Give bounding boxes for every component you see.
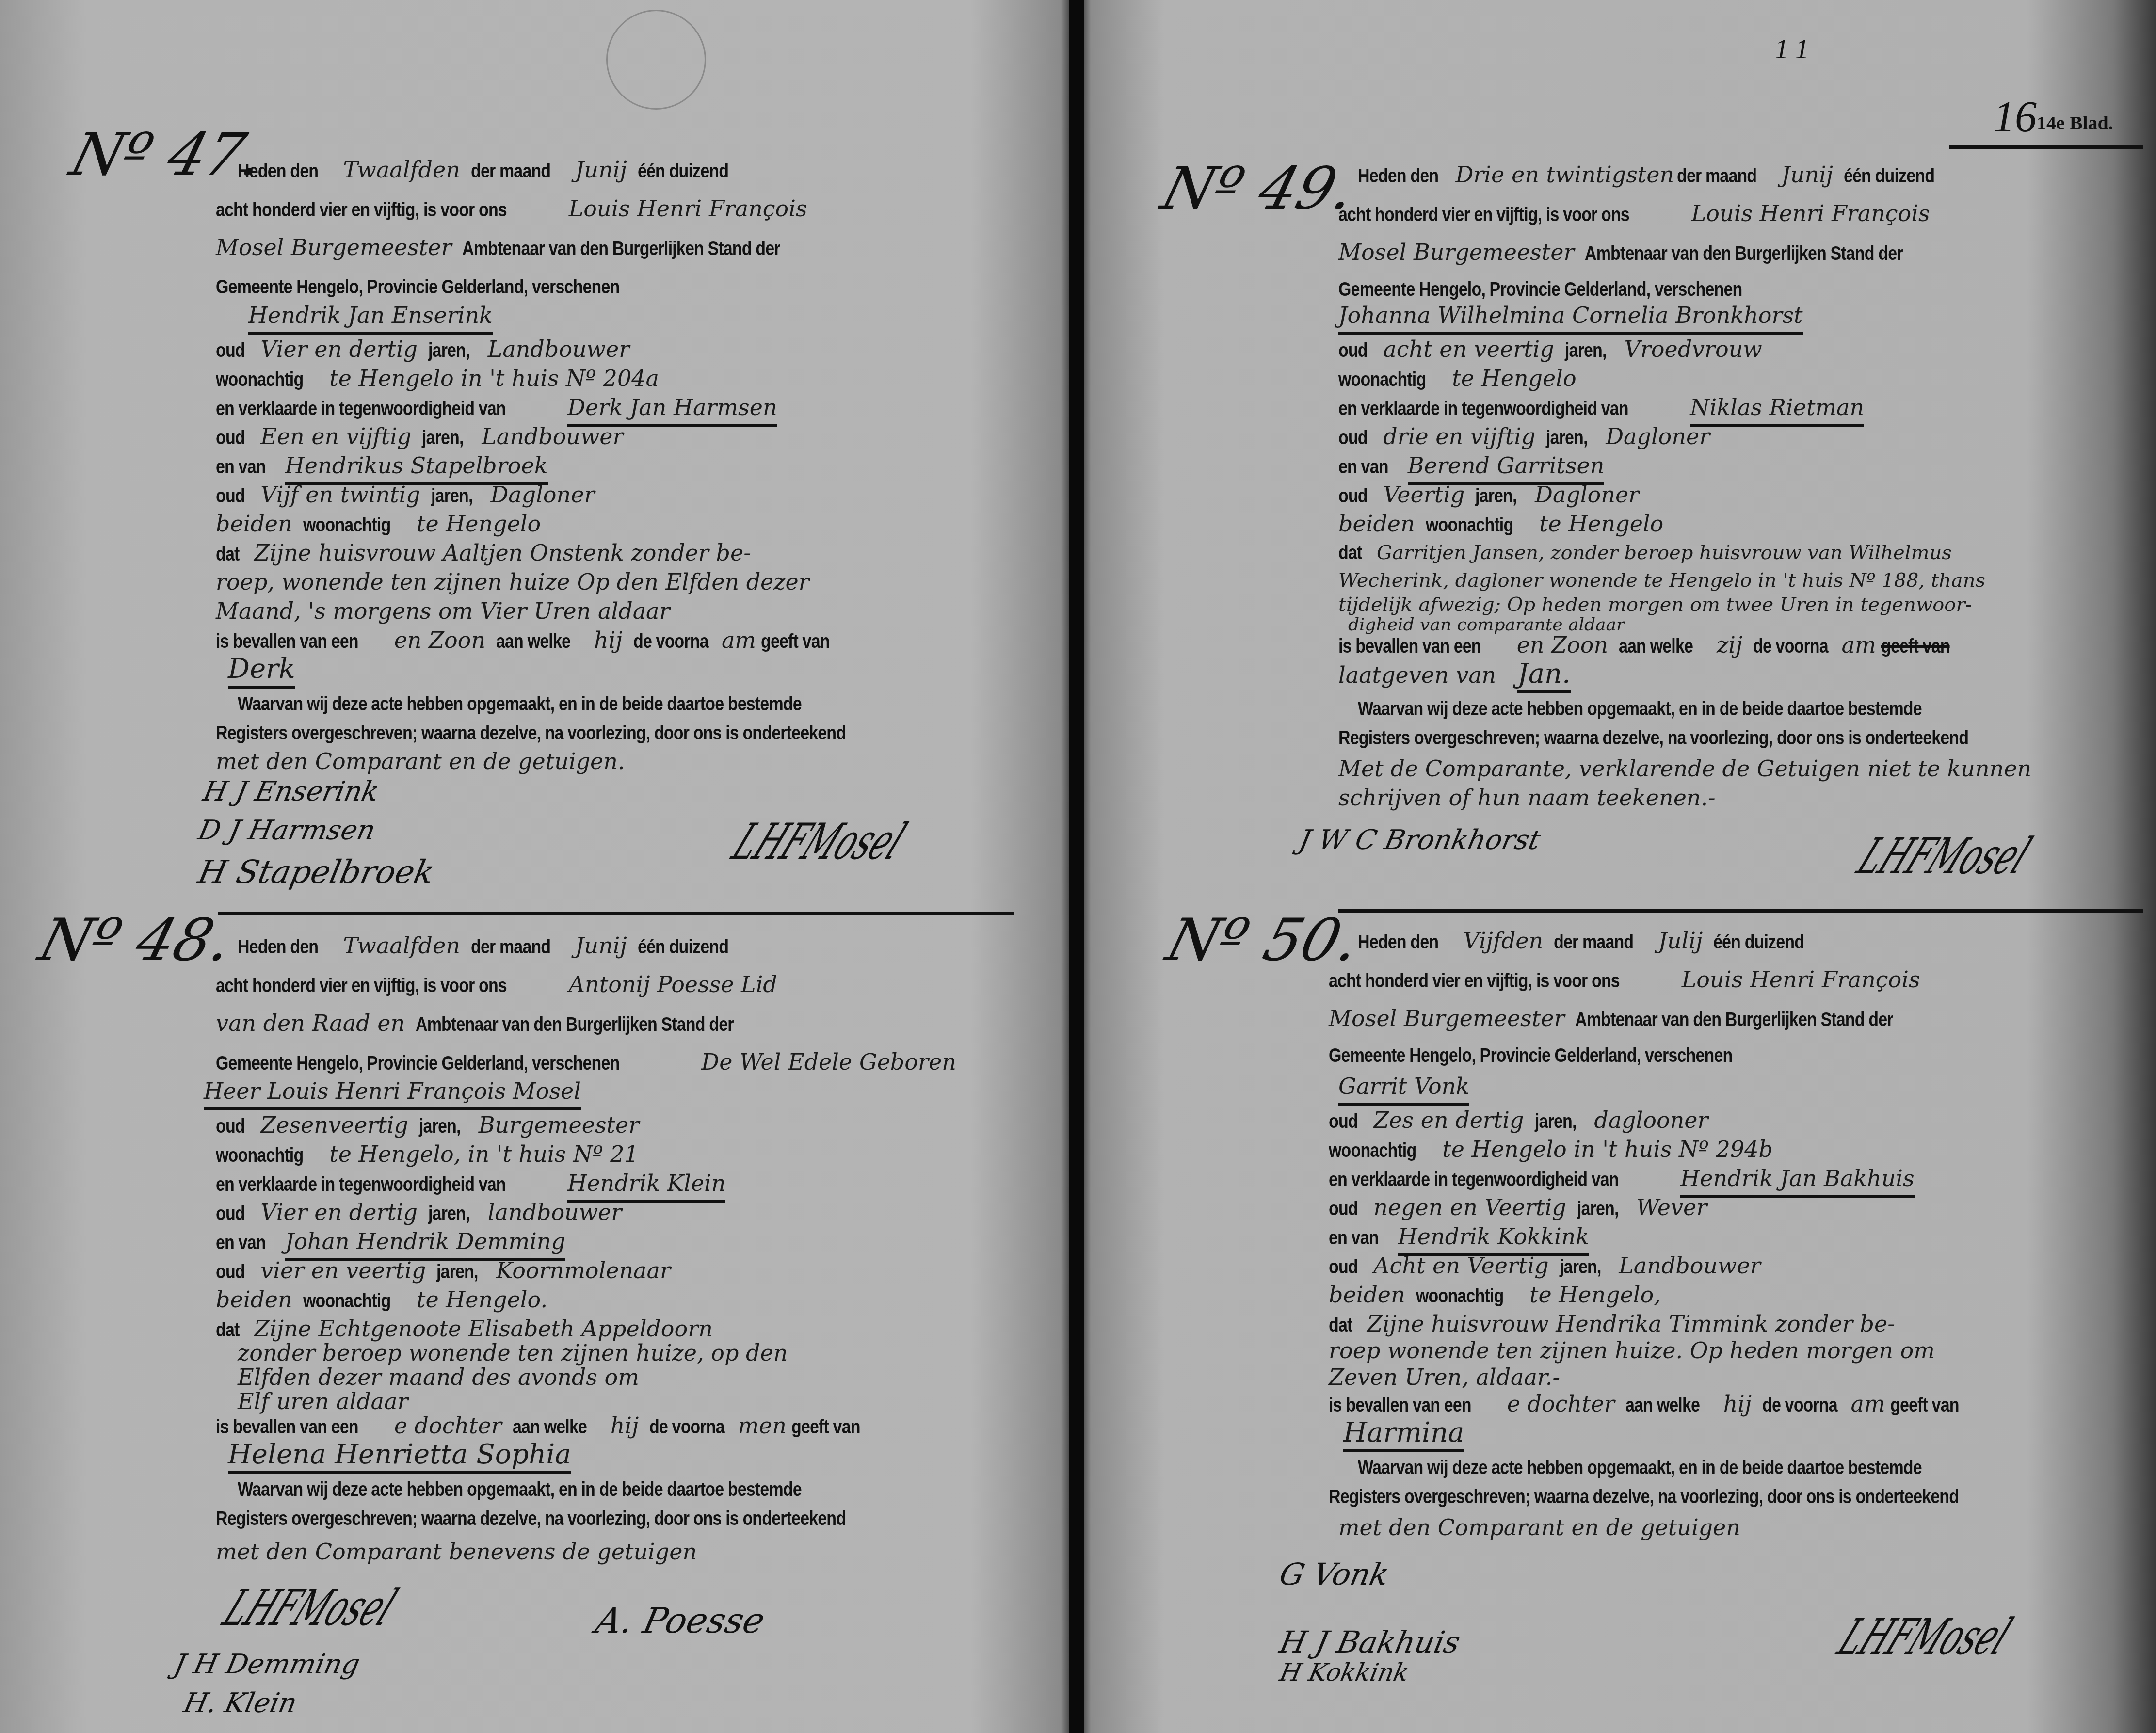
printed-en-van: en van bbox=[1329, 1223, 1379, 1252]
official-line1: Antonij Poesse Lid bbox=[569, 970, 777, 999]
witness2-occupation: Dagloner bbox=[1535, 480, 1639, 509]
printed-verklaarde: en verklaarde in tegenwoordigheid van bbox=[216, 1170, 506, 1199]
birth-line2: roep, wonende ten zijnen huize Op den El… bbox=[216, 567, 809, 596]
printed-jaren: jaren, bbox=[1535, 1107, 1577, 1136]
printed-jaren: jaren, bbox=[419, 1112, 461, 1141]
printed-waarvan: Waarvan wij deze acte hebben opgemaakt, … bbox=[238, 1475, 802, 1504]
printed-oud: oud bbox=[1338, 423, 1368, 452]
official-signature: LHFMosel bbox=[1849, 828, 2039, 885]
printed-heden-den: Heden den bbox=[238, 932, 318, 962]
witness1-age: Een en vijftig bbox=[260, 422, 411, 451]
printed-registers: Registers overgeschreven; waarna dezelve… bbox=[216, 719, 846, 748]
printed-der-maand: der maand bbox=[471, 157, 550, 186]
printed-jaren: jaren, bbox=[1475, 481, 1517, 511]
printed-der-maand: der maand bbox=[471, 932, 550, 962]
printed-heden-den: Heden den bbox=[1358, 928, 1438, 957]
signature-witness2: H Kokkink bbox=[1277, 1658, 1412, 1686]
witness2-age: Veertig bbox=[1383, 480, 1464, 509]
signature-declarant: H J Enserink bbox=[200, 776, 382, 807]
printed-woonachtig: woonachtig bbox=[303, 1286, 390, 1316]
printed-dat: dat bbox=[1338, 538, 1362, 567]
printed-oud: oud bbox=[1329, 1252, 1358, 1282]
printed-oud: oud bbox=[1338, 481, 1368, 511]
official-line1: Louis Henri François bbox=[569, 194, 807, 223]
witness2-age: Vijf en twintig bbox=[260, 480, 420, 509]
printed-gemeente: Gemeente Hengelo, Provincie Gelderland, … bbox=[216, 273, 619, 302]
printed-ambtenaar: Ambtenaar van den Burgerlijken Stand der bbox=[462, 234, 780, 263]
birth-line1: Zijne huisvrouw Aaltjen Onstenk zonder b… bbox=[254, 538, 751, 567]
entry-number: Nº 48. bbox=[32, 907, 240, 974]
birth-line3: Zeven Uren, aldaar.- bbox=[1329, 1363, 1560, 1392]
printed-oud: oud bbox=[216, 1257, 245, 1286]
voorna-suffix: am bbox=[722, 626, 756, 655]
printed-aan-welke: aan welke bbox=[513, 1412, 587, 1442]
voorna-suffix: am bbox=[1841, 630, 1876, 659]
printed-woonachtig: woonachtig bbox=[1338, 365, 1426, 394]
printed-jaren: jaren, bbox=[422, 423, 464, 452]
official-line1: Louis Henri François bbox=[1691, 199, 1930, 228]
closing-text: met den Comparant en de getuigen. bbox=[216, 747, 625, 776]
printed-een-duizend: één duizend bbox=[638, 932, 728, 962]
entry-50: Nº 50. Heden denVijfdender maandJulijéén… bbox=[1086, 912, 2156, 1733]
printed-woonachtig: woonachtig bbox=[1416, 1282, 1503, 1311]
witness1-occupation: Wever bbox=[1636, 1193, 1707, 1222]
beiden: beiden bbox=[1329, 1280, 1405, 1309]
printed-waarvan: Waarvan wij deze acte hebben opgemaakt, … bbox=[1358, 694, 1922, 723]
official-line1: Louis Henri François bbox=[1682, 965, 1920, 994]
pronoun: zij bbox=[1717, 630, 1742, 659]
printed-en-van: en van bbox=[216, 1228, 266, 1257]
printed-dat: dat bbox=[216, 1316, 239, 1345]
signature-witness1: H. Klein bbox=[181, 1687, 300, 1719]
declarant-residence: te Hengelo in 't huis Nº 204a bbox=[329, 364, 659, 393]
printed-en-van: en van bbox=[1338, 452, 1388, 481]
printed-oud: oud bbox=[216, 1112, 245, 1141]
child-sex: en Zoon bbox=[1517, 630, 1608, 659]
witness2-occupation: Dagloner bbox=[490, 480, 595, 509]
declarant-name: Hendrik Jan Enserink bbox=[248, 301, 493, 335]
printed-waarvan: Waarvan wij deze acte hebben opgemaakt, … bbox=[238, 690, 802, 719]
printed-registers: Registers overgeschreven; waarna dezelve… bbox=[216, 1504, 846, 1533]
printed-year: acht honderd vier en vijftig, is voor on… bbox=[1338, 200, 1629, 229]
printed-year: acht honderd vier en vijftig, is voor on… bbox=[216, 195, 507, 225]
printed-een-duizend: één duizend bbox=[1844, 161, 1934, 191]
printed-geeft-van: geeft van bbox=[791, 1412, 860, 1442]
left-page: Nº 47. Heden denTwaalfdender maandJunijé… bbox=[0, 0, 1067, 1733]
printed-woonachtig: woonachtig bbox=[1426, 511, 1513, 540]
signature-witness2: H Stapelbroek bbox=[195, 853, 438, 891]
child-name: Jan. bbox=[1517, 659, 1571, 693]
printed-oud: oud bbox=[1329, 1107, 1358, 1136]
printed-jaren: jaren, bbox=[1546, 423, 1588, 452]
declarant-age: Vier en dertig bbox=[260, 335, 418, 364]
month: Julij bbox=[1658, 926, 1703, 955]
printed-bevallen: is bevallen van een bbox=[1329, 1391, 1471, 1420]
child-name: Harmina bbox=[1343, 1418, 1464, 1452]
declarant-residence: te Hengelo in 't huis Nº 294b bbox=[1442, 1135, 1773, 1164]
printed-gemeente: Gemeente Hengelo, Provincie Gelderland, … bbox=[1338, 275, 1742, 304]
declarant-occupation: Vroedvrouw bbox=[1625, 335, 1762, 364]
printed-oud: oud bbox=[216, 336, 245, 365]
printed-verklaarde: en verklaarde in tegenwoordigheid van bbox=[1329, 1165, 1619, 1194]
printed-oud: oud bbox=[1338, 336, 1368, 365]
child-sex: e dochter bbox=[1507, 1389, 1615, 1418]
official-line2: Mosel Burgemeester bbox=[1329, 1004, 1564, 1033]
signature-witness1: D J Harmsen bbox=[195, 815, 378, 846]
witness2-age: Acht en Veertig bbox=[1373, 1251, 1548, 1280]
birth-line1: Garritjen Jansen, zonder beroep huisvrou… bbox=[1377, 538, 1952, 567]
declarant-occupation: daglooner bbox=[1594, 1106, 1708, 1135]
official-signature: LHFMosel bbox=[724, 814, 914, 871]
declarant-age: acht en veertig bbox=[1383, 335, 1554, 364]
witness2-occupation: Landbouwer bbox=[1619, 1251, 1760, 1280]
book-gutter bbox=[1069, 0, 1084, 1733]
day: Vijfden bbox=[1463, 926, 1543, 955]
month: Junij bbox=[575, 931, 627, 960]
printed-oud: oud bbox=[1329, 1194, 1358, 1223]
entry-number: Nº 49. bbox=[1155, 155, 1362, 223]
register-spread: Nº 47. Heden denTwaalfdender maandJunijé… bbox=[0, 0, 2156, 1733]
printed-bevallen: is bevallen van een bbox=[216, 627, 358, 656]
printed-ambtenaar: Ambtenaar van den Burgerlijken Stand der bbox=[1585, 239, 1903, 268]
beiden: beiden bbox=[1338, 509, 1415, 538]
printed-waarvan: Waarvan wij deze acte hebben opgemaakt, … bbox=[1358, 1453, 1922, 1482]
printed-een-duizend: één duizend bbox=[1713, 928, 1804, 957]
printed-de-voorna: de voorna bbox=[1762, 1391, 1837, 1420]
closing-text: met den Comparant en de getuigen bbox=[1338, 1513, 1740, 1542]
day: Drie en twintigsten bbox=[1455, 160, 1674, 189]
closing-line2: schrijven of hun naam teekenen.- bbox=[1338, 783, 1716, 812]
entry-49: Nº 49. Heden denDrie en twintigstender m… bbox=[1086, 0, 2156, 912]
printed-een-duizend: één duizend bbox=[638, 157, 728, 186]
birth-line1: Zijne huisvrouw Hendrika Timmink zonder … bbox=[1367, 1309, 1895, 1338]
voorna-suffix: am bbox=[1851, 1389, 1885, 1418]
witness1-age: Vier en dertig bbox=[260, 1198, 418, 1227]
declarant-name: Johanna Wilhelmina Cornelia Bronkhorst bbox=[1338, 301, 1803, 335]
witnesses-residence: te Hengelo. bbox=[417, 1285, 547, 1314]
printed-gemeente: Gemeente Hengelo, Provincie Gelderland, … bbox=[216, 1049, 619, 1078]
birth-line3: Maand, 's morgens om Vier Uren aldaar bbox=[216, 596, 670, 626]
closing-line1: Met de Comparante, verklarende de Getuig… bbox=[1338, 754, 2031, 783]
printed-year: acht honderd vier en vijftig, is voor on… bbox=[216, 971, 507, 1000]
printed-ambtenaar: Ambtenaar van den Burgerlijken Stand der bbox=[416, 1010, 734, 1039]
day: Twaalfden bbox=[343, 155, 460, 184]
declarant-age: Zesenveertig bbox=[260, 1110, 408, 1139]
child-sex: e dochter bbox=[394, 1411, 502, 1440]
printed-woonachtig: woonachtig bbox=[303, 511, 390, 540]
acting-official-signature: A. Poesse bbox=[592, 1600, 769, 1641]
child-name-prefix: laatgeven van bbox=[1338, 660, 1496, 690]
witness1-occupation: landbouwer bbox=[488, 1198, 622, 1227]
printed-verklaarde: en verklaarde in tegenwoordigheid van bbox=[216, 394, 506, 423]
pronoun: hij bbox=[611, 1411, 639, 1440]
signature-witness1: H J Bakhuis bbox=[1276, 1624, 1463, 1660]
official-line2: Mosel Burgemeester bbox=[216, 233, 451, 262]
printed-jaren: jaren, bbox=[428, 336, 470, 365]
declarant-name: Garrit Vonk bbox=[1338, 1072, 1469, 1106]
entry-48: Nº 48. Heden denTwaalfdender maandJunijé… bbox=[0, 902, 1067, 1733]
printed-jaren: jaren, bbox=[436, 1257, 478, 1286]
printed-bevallen: is bevallen van een bbox=[1338, 632, 1481, 661]
witnesses-residence: te Hengelo, bbox=[1529, 1280, 1661, 1309]
birth-line2: roep wonende ten zijnen huize. Op heden … bbox=[1329, 1336, 1935, 1365]
printed-aan-welke: aan welke bbox=[1625, 1391, 1700, 1420]
official-line2: van den Raad en bbox=[216, 1009, 405, 1038]
entry-47: Nº 47. Heden denTwaalfdender maandJunijé… bbox=[0, 0, 1067, 892]
printed-jaren: jaren, bbox=[1577, 1194, 1619, 1223]
printed-geeft-van: geeft van bbox=[761, 627, 830, 656]
printed-jaren: jaren, bbox=[1565, 336, 1607, 365]
printed-woonachtig: woonachtig bbox=[216, 365, 303, 394]
printed-heden-den: Heden den bbox=[238, 157, 318, 186]
witness1-occupation: Landbouwer bbox=[482, 422, 623, 451]
witness2-occupation: Koornmolenaar bbox=[496, 1256, 671, 1285]
printed-verklaarde: en verklaarde in tegenwoordigheid van bbox=[1338, 394, 1628, 423]
witness2-age: vier en veertig bbox=[260, 1256, 426, 1285]
printed-geeft-van: geeft van bbox=[1890, 1391, 1959, 1420]
closing-text: met den Comparant benevens de getuigen bbox=[216, 1537, 697, 1566]
printed-en-van: en van bbox=[216, 452, 266, 481]
child-sex: en Zoon bbox=[394, 626, 485, 655]
printed-dat: dat bbox=[1329, 1311, 1352, 1340]
printed-bevallen: is bevallen van een bbox=[216, 1412, 358, 1442]
signature-declarant: G Vonk bbox=[1276, 1556, 1392, 1592]
voorna-suffix: men bbox=[738, 1411, 787, 1440]
printed-oud: oud bbox=[216, 1199, 245, 1228]
pronoun: hij bbox=[594, 626, 623, 655]
declarant-occupation: Landbouwer bbox=[488, 335, 629, 364]
declarant-residence: te Hengelo, in 't huis Nº 21 bbox=[329, 1139, 639, 1169]
printed-registers: Registers overgeschreven; waarna dezelve… bbox=[1329, 1482, 1959, 1511]
printed-de-voorna: de voorna bbox=[633, 627, 708, 656]
printed-registers: Registers overgeschreven; waarna dezelve… bbox=[1338, 723, 1968, 753]
declarant-prefix: De Wel Edele Geboren bbox=[701, 1047, 956, 1076]
signature-witness2: J H Demming bbox=[171, 1649, 363, 1680]
child-name: Helena Henrietta Sophia bbox=[228, 1440, 571, 1474]
day: Twaalfden bbox=[343, 931, 460, 960]
official-signature: LHFMosel bbox=[1829, 1609, 2020, 1666]
printed-oud: oud bbox=[216, 481, 245, 511]
witnesses-residence: te Hengelo bbox=[1539, 509, 1663, 538]
entry-number: Nº 50. bbox=[1159, 907, 1367, 974]
witnesses-residence: te Hengelo bbox=[417, 509, 541, 538]
printed-jaren: jaren, bbox=[428, 1199, 470, 1228]
witness1-age: negen en Veertig bbox=[1373, 1193, 1566, 1222]
beiden: beiden bbox=[216, 1285, 292, 1314]
printed-aan-welke: aan welke bbox=[1619, 632, 1693, 661]
printed-aan-welke: aan welke bbox=[496, 627, 570, 656]
declarant-name: Heer Louis Henri François Mosel bbox=[204, 1076, 581, 1110]
printed-ambtenaar: Ambtenaar van den Burgerlijken Stand der bbox=[1575, 1005, 1893, 1034]
printed-jaren: jaren, bbox=[431, 481, 473, 511]
declarant-residence: te Hengelo bbox=[1452, 364, 1576, 393]
month: Junij bbox=[575, 155, 627, 184]
printed-heden-den: Heden den bbox=[1358, 161, 1438, 191]
printed-gemeente: Gemeente Hengelo, Provincie Gelderland, … bbox=[1329, 1041, 1732, 1070]
official-signature: LHFMosel bbox=[214, 1580, 405, 1637]
declarant-age: Zes en dertig bbox=[1373, 1106, 1524, 1135]
printed-year: acht honderd vier en vijftig, is voor on… bbox=[1329, 966, 1620, 995]
printed-oud: oud bbox=[216, 423, 245, 452]
official-line2: Mosel Burgemeester bbox=[1338, 238, 1574, 267]
struck-geeft-van: geeft van bbox=[1881, 632, 1950, 661]
month: Junij bbox=[1781, 160, 1833, 189]
printed-dat: dat bbox=[216, 540, 239, 569]
pronoun: hij bbox=[1723, 1389, 1752, 1418]
child-name: Derk bbox=[228, 655, 295, 689]
printed-der-maand: der maand bbox=[1677, 161, 1756, 191]
printed-woonachtig: woonachtig bbox=[216, 1141, 303, 1170]
witness1-occupation: Dagloner bbox=[1606, 422, 1710, 451]
printed-woonachtig: woonachtig bbox=[1329, 1136, 1416, 1165]
signature-declarant: J W C Bronkhorst bbox=[1296, 824, 1544, 856]
witness1-age: drie en vijftig bbox=[1383, 422, 1535, 451]
printed-de-voorna: de voorna bbox=[649, 1412, 724, 1442]
declarant-occupation: Burgemeester bbox=[479, 1110, 639, 1139]
printed-jaren: jaren, bbox=[1560, 1252, 1601, 1282]
beiden: beiden bbox=[216, 509, 292, 538]
printed-de-voorna: de voorna bbox=[1753, 632, 1828, 661]
right-page: 1 1 16 14e Blad. Nº 49. Heden denDrie en… bbox=[1086, 0, 2156, 1733]
printed-der-maand: der maand bbox=[1554, 928, 1633, 957]
